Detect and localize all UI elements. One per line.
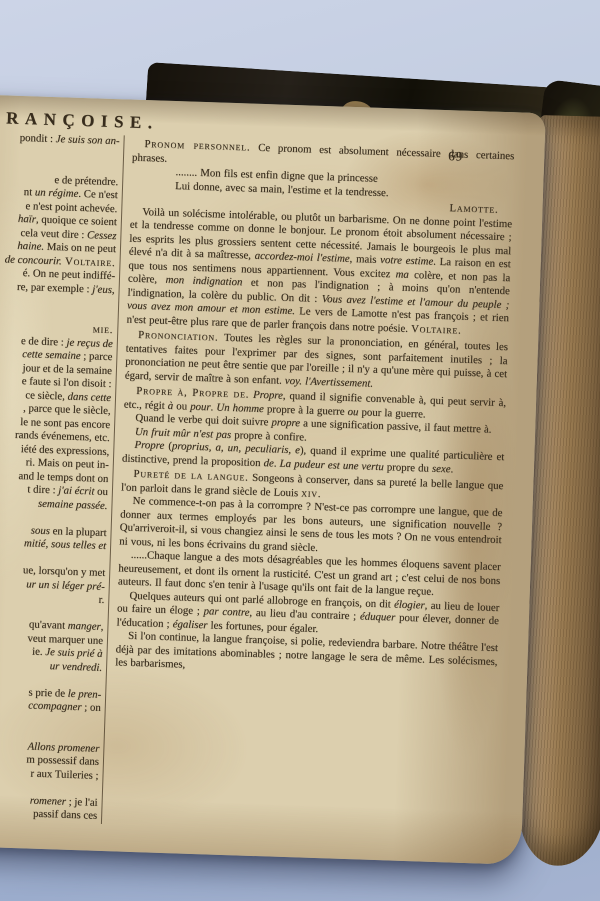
text-segment: ccompagner <box>28 699 82 713</box>
text-segment: en la plupart <box>50 525 107 539</box>
text-segment: propre du <box>384 461 433 475</box>
text-segment: . <box>450 463 453 475</box>
text-segment: Je suis prié à <box>45 646 103 660</box>
text-segment: mie. <box>93 323 114 336</box>
text-segment: xiv <box>301 487 318 500</box>
text-segment: ma <box>395 268 409 280</box>
text-segment: j'ai écrit <box>58 484 95 497</box>
text-segment: Propre <box>134 439 164 452</box>
main-block-entry: Prononciation. Toutes les règles sur la … <box>125 329 509 396</box>
page-content: FRANÇOISE. 69 pondit : Je suis son an-e … <box>0 94 546 865</box>
text-segment: e n'est point achevée. <box>25 200 117 215</box>
text-segment: haine. <box>17 240 44 253</box>
text-segment: re, par exemple : <box>17 280 93 294</box>
text-segment: , parce que le siècle, <box>23 402 111 417</box>
text-segment: é. On ne peut indiffé- <box>22 267 115 282</box>
left-column: pondit : Je suis son an-e de prétendre.n… <box>0 130 120 823</box>
text-segment: r aux Tuileries ; <box>30 767 98 781</box>
text-segment: veut marquer une <box>27 632 103 646</box>
text-segment: r. <box>98 594 104 606</box>
text-segment: propre à la guerre <box>264 403 348 418</box>
text-segment: . Ce n'est <box>78 188 118 201</box>
text-segment: Mais on ne peut <box>44 241 116 255</box>
text-segment: ou <box>347 405 358 417</box>
text-segment: ; on <box>81 701 101 714</box>
text-segment: Un fruit mûr n'est pas <box>135 425 232 440</box>
text-segment: semaine passée. <box>38 497 108 511</box>
book-page: FRANÇOISE. 69 pondit : Je suis son an-e … <box>0 94 546 865</box>
text-segment: propre à confire. <box>231 429 307 443</box>
text-segment: Allons promener <box>27 740 99 754</box>
text-segment: s prie de <box>28 686 68 699</box>
text-segment: t dire : <box>27 483 58 496</box>
text-segment: rands événemens, etc. <box>15 429 110 444</box>
text-segment: . <box>318 487 321 499</box>
text-segment: Voltaire. <box>411 322 462 336</box>
text-segment: Propre <box>253 389 283 402</box>
text-segment: , <box>101 621 104 633</box>
text-segment: romener <box>30 794 67 807</box>
text-segment: de concourir. <box>5 253 62 267</box>
text-segment: pour <box>190 400 211 413</box>
text-segment: égaliser <box>173 618 208 631</box>
text-segment: j'eus, <box>92 283 115 296</box>
text-segment: ri. Mais on peut in- <box>26 456 109 471</box>
text-segment: élogier <box>394 598 425 611</box>
text-segment: Je suis son an- <box>56 133 120 147</box>
book-photo: FRANÇOISE. 69 pondit : Je suis son an-e … <box>0 0 600 901</box>
text-segment: Lamotte. <box>449 202 498 216</box>
main-block-para: Voilà un solécisme intolérable, ou plutô… <box>126 205 512 339</box>
text-segment: Cessez <box>87 229 117 242</box>
text-segment: un régime <box>35 186 79 199</box>
text-segment: ce siècle, <box>25 389 68 402</box>
text-segment: le pren- <box>68 687 102 700</box>
text-segment: ; je l'ai <box>66 795 98 808</box>
text-segment: mitié, sous telles et <box>24 537 107 552</box>
text-segment: nt <box>24 186 36 198</box>
text-segment: m possessif dans <box>26 753 99 767</box>
text-segment: sexe <box>432 462 451 475</box>
text-segment: jour et de la semaine <box>22 362 112 377</box>
text-segment: , mais <box>349 253 380 266</box>
text-segment: qu'avant <box>29 618 68 631</box>
text-segment: Un homme <box>216 401 264 415</box>
text-segment: iété des expressions, <box>21 443 110 458</box>
text-segment: ou <box>94 486 108 498</box>
text-segment: sous <box>31 524 51 537</box>
text-segment: dans cette <box>67 390 111 403</box>
text-segment: La pudeur est une vertu <box>279 457 383 472</box>
text-segment: e de prétendre. <box>54 174 118 188</box>
text-segment: de <box>263 457 274 469</box>
text-segment: ur vendredi. <box>50 660 103 674</box>
text-segment: accordez-moi l'estime <box>255 250 350 265</box>
text-segment: haïr <box>18 213 36 226</box>
text-columns: pondit : Je suis son an-e de prétendre.n… <box>0 94 546 837</box>
text-segment: ie. <box>32 646 46 658</box>
text-segment: pondit : <box>20 132 56 145</box>
text-segment: votre estime <box>380 254 433 268</box>
text-segment: , quoique ce soient <box>36 213 117 228</box>
text-segment: and le temps dont on <box>18 470 108 485</box>
main-column: Pronom personnel. Ce pronom est absolume… <box>102 135 515 836</box>
text-segment: ; parce <box>80 350 112 363</box>
text-segment: e faute si l'on disoit : <box>22 375 112 390</box>
text-segment: Prononciation. <box>138 329 219 344</box>
text-segment: manger <box>68 620 101 633</box>
text-segment: ue, lorsqu'on y met <box>23 564 106 579</box>
text-segment: voy. l'Avertissement. <box>285 374 374 389</box>
left-fragment-line: pondit : Je suis son an- <box>0 130 120 149</box>
page-number: 69 <box>448 148 464 164</box>
text-segment: cela veut dire : <box>20 226 87 240</box>
text-segment: je reçus de <box>66 336 113 350</box>
text-segment: le ne sont pas encore <box>20 416 110 431</box>
text-segment: éduquer <box>360 610 396 623</box>
text-segment: e de dire : <box>21 335 67 349</box>
text-segment: ou <box>173 400 190 413</box>
text-segment: pour la guerre. <box>358 406 426 420</box>
text-segment: par contre <box>203 605 249 619</box>
text-segment: propre <box>271 416 300 429</box>
text-segment: passif dans ces <box>33 808 98 822</box>
text-segment: cette semaine <box>22 348 81 362</box>
text-segment: ur un si léger pré- <box>26 578 105 593</box>
text-segment: Voltaire. <box>62 255 116 269</box>
text-segment: mon indignation <box>165 274 242 289</box>
